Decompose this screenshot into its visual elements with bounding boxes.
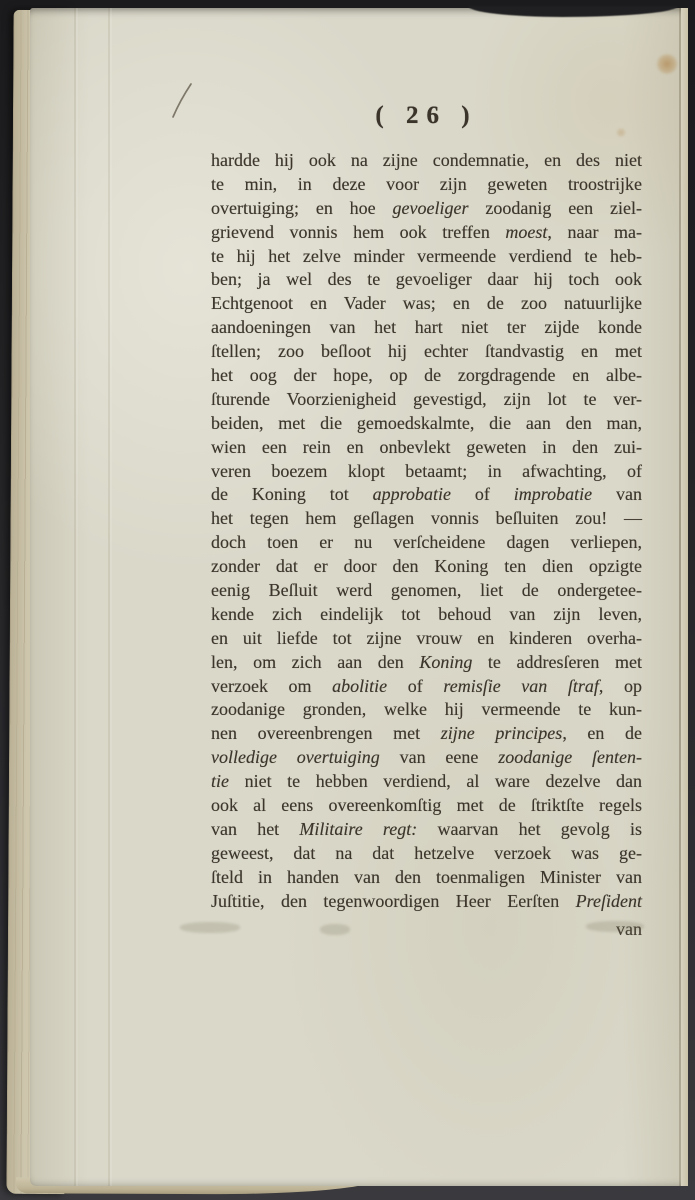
paper-creases (58, 8, 128, 1186)
text-line: ſtellen; zoo beſloot hij echter ſtandvas… (211, 340, 642, 364)
text-line: Juſtitie, den tegenwoordigen Heer Eerſte… (211, 890, 642, 914)
text-line: ben; ja wel des te gevoeliger daar hij t… (211, 268, 642, 292)
text-line: zoodanige gronden, welke hij vermeende t… (211, 698, 642, 722)
text-line: het oog der hope, op de zorgdragende en … (211, 364, 642, 388)
text-line: en uit liefde tot zijne vrouw en kindere… (211, 627, 642, 651)
text-line: grievend vonnis hem ook treffen moest, n… (211, 221, 642, 245)
text-line: beiden, met die gemoedskalmte, die aan d… (211, 412, 642, 436)
scan-background: { "page": { "number_header": "( 26 )", "… (0, 0, 695, 1200)
ink-bleed-smudge (320, 924, 350, 935)
handwritten-slash-mark (152, 76, 198, 128)
text-line: wien een rein en onbevlekt geweten in de… (211, 436, 642, 460)
foxing-stain (656, 54, 678, 74)
text-line: ſturende Voorzienigheid gevestigd, zijn … (211, 388, 642, 412)
text-line: geweest, dat na dat hetzelve verzoek was… (211, 842, 642, 866)
text-line: van het Militaire regt: waarvan het gevo… (211, 818, 642, 842)
text-line: volledige overtuiging van eene zoodanige… (211, 746, 642, 770)
top-deckle-edge (468, 6, 678, 17)
page-number: ( 26 ) (211, 102, 642, 130)
body-text: hardde hij ook na zijne condemnatie, en … (211, 149, 642, 914)
catchword: van (616, 919, 642, 940)
text-line: aandoeningen van het hart niet ter zijde… (211, 316, 642, 340)
text-line: Echtgenoot en Vader was; en de zoo natuu… (211, 292, 642, 316)
book-scan: ( 26 ) hardde hij ook na zijne condemnat… (0, 0, 695, 1200)
text-line: te hij het zelve minder vermeende verdie… (211, 245, 642, 269)
underlying-page-edge (681, 8, 688, 1186)
text-line: zonder dat er door den Koning ten dien o… (211, 555, 642, 579)
book-page: ( 26 ) hardde hij ook na zijne condemnat… (30, 8, 688, 1186)
ink-bleed-smudge (180, 922, 240, 933)
text-line: doch toen er nu verſcheidene dagen verli… (211, 531, 642, 555)
text-line: te min, in deze voor zijn geweten troost… (211, 173, 642, 197)
text-line: nen overeenbrengen met zijne principes, … (211, 722, 642, 746)
text-line: ſteld in handen van den toenmaligen Mini… (211, 866, 642, 890)
text-line: ook al eens overeenkomſtig met de ſtrikt… (211, 794, 642, 818)
text-line: het tegen hem geſlagen vonnis beſluiten … (211, 507, 642, 531)
text-line: tie niet te hebben verdiend, al ware dez… (211, 770, 642, 794)
text-line: hardde hij ook na zijne condemnatie, en … (211, 149, 642, 173)
text-line: veren boezem klopt betaamt; in afwachtin… (211, 460, 642, 484)
text-line: kende zich eindelijk tot behoud van zijn… (211, 603, 642, 627)
text-line: verzoek om abolitie of remisſie van ſtra… (211, 675, 642, 699)
text-line: len, om zich aan den Koning te addresſer… (211, 651, 642, 675)
text-line: overtuiging; en hoe gevoeliger zoodanig … (211, 197, 642, 221)
text-line: eenig Beſluit werd genomen, liet de onde… (211, 579, 642, 603)
text-line: de Koning tot approbatie of improbatie v… (211, 483, 642, 507)
